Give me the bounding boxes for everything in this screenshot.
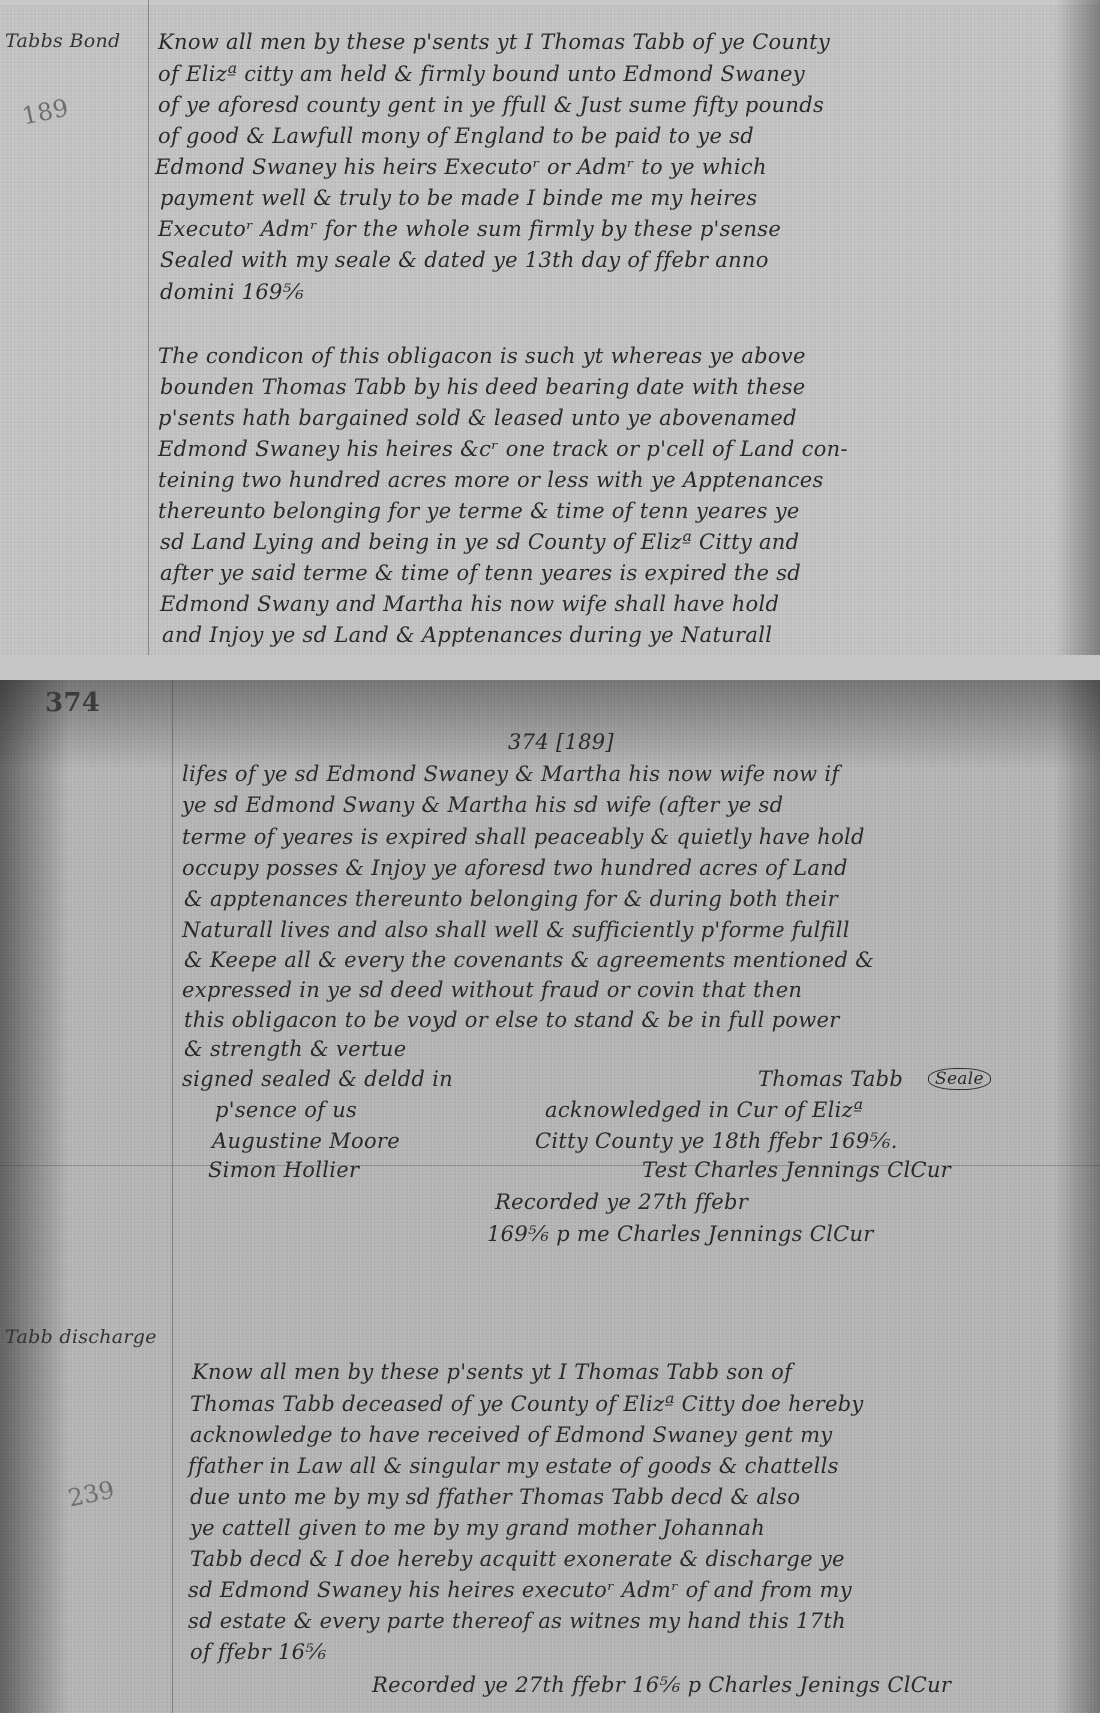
- top-page-scan: Tabbs Bond 189 Know all men by these p's…: [0, 0, 1100, 655]
- margin-rule: [148, 0, 149, 655]
- margin-note-tabb-discharge: Tabb discharge: [5, 1326, 157, 1348]
- discharge-line: of ffebr 16⁵⁄₆: [190, 1640, 327, 1664]
- continuation-line: ye sd Edmond Swany & Martha his sd wife …: [182, 793, 783, 817]
- seal-mark: Seale: [928, 1068, 991, 1090]
- bond-line: of good & Lawfull mony of England to be …: [158, 124, 754, 148]
- page-shadow: [1055, 0, 1100, 655]
- acknowledged-line: Citty County ye 18th ffebr 169⁵⁄₆.: [535, 1129, 898, 1153]
- signer-name: Thomas Tabb: [758, 1067, 903, 1091]
- discharge-line: ffather in Law all & singular my estate …: [188, 1454, 839, 1478]
- condition-line: teining two hundred acres more or less w…: [158, 468, 824, 492]
- discharge-line: acknowledge to have received of Edmond S…: [190, 1423, 832, 1447]
- scan-border: [0, 0, 1100, 5]
- condition-line: sd Land Lying and being in ye sd County …: [160, 530, 799, 554]
- continuation-line: & strength & vertue: [184, 1037, 406, 1061]
- discharge-line: Know all men by these p'sents yt I Thoma…: [192, 1360, 792, 1384]
- discharge-line: Thomas Tabb deceased of ye County of Eli…: [190, 1392, 864, 1416]
- bond-line: of Elizª citty am held & firmly bound un…: [158, 62, 805, 86]
- discharge-line: sd Edmond Swaney his heires executoʳ Adm…: [188, 1578, 852, 1602]
- pencil-folio-number: 239: [66, 1475, 118, 1512]
- bond-line: domini 169⁵⁄₆: [160, 280, 304, 304]
- stamped-page-number: 374: [45, 688, 100, 718]
- bond-line: payment well & truly to be made I binde …: [160, 186, 757, 210]
- continuation-line: this obligacon to be voyd or else to sta…: [184, 1008, 840, 1032]
- test-line: Test Charles Jennings ClCur: [642, 1158, 951, 1182]
- discharge-line: sd estate & every parte thereof as witne…: [188, 1609, 846, 1633]
- recorded-line: Recorded ye 27th ffebr: [495, 1190, 748, 1214]
- discharge-line: due unto me by my sd ffather Thomas Tabb…: [190, 1485, 800, 1509]
- condition-line: after ye said terme & time of tenn yeare…: [160, 561, 801, 585]
- bond-line: Edmond Swaney his heirs Executoʳ or Admʳ…: [155, 155, 767, 179]
- discharge-line: Tabb decd & I doe hereby acquitt exonera…: [190, 1547, 845, 1571]
- acknowledged-line: acknowledged in Cur of Elizª: [545, 1098, 863, 1122]
- continuation-line: expressed in ye sd deed without fraud or…: [182, 978, 802, 1002]
- continuation-line: terme of yeares is expired shall peaceab…: [182, 825, 865, 849]
- bond-line: Sealed with my seale & dated ye 13th day…: [160, 248, 769, 272]
- condition-line: Edmond Swaney his heires &cʳ one track o…: [158, 437, 848, 461]
- continuation-line: Naturall lives and also shall well & suf…: [182, 918, 850, 942]
- continuation-line: & Keepe all & every the covenants & agre…: [184, 948, 874, 972]
- continuation-line: occupy posses & Injoy ye aforesd two hun…: [182, 856, 848, 880]
- discharge-line: ye cattell given to me by my grand mothe…: [190, 1516, 765, 1540]
- margin-rule: [172, 680, 173, 1713]
- handwritten-page-number: 374 [189]: [508, 730, 614, 754]
- bond-line: Executoʳ Admʳ for the whole sum firmly b…: [158, 217, 781, 241]
- pencil-folio-number: 189: [20, 93, 72, 130]
- bond-line: Know all men by these p'sents yt I Thoma…: [158, 30, 830, 54]
- signed-sealed-line: signed sealed & deldd in: [182, 1067, 453, 1091]
- condition-line: The condicon of this obligacon is such y…: [158, 344, 806, 368]
- page-shadow: [0, 680, 1100, 770]
- witness-name: Augustine Moore: [212, 1129, 400, 1153]
- page-shadow: [0, 680, 70, 1713]
- condition-line: bounden Thomas Tabb by his deed bearing …: [160, 375, 806, 399]
- condition-line: p'sents hath bargained sold & leased unt…: [158, 406, 797, 430]
- bottom-page-scan: 374 374 [189] lifes of ye sd Edmond Swan…: [0, 680, 1100, 1713]
- condition-line: thereunto belonging for ye terme & time …: [158, 499, 800, 523]
- discharge-recorded-line: Recorded ye 27th ffebr 16⁵⁄₆ p Charles J…: [372, 1673, 951, 1697]
- margin-note-tabbs-bond: Tabbs Bond: [5, 30, 120, 52]
- presence-line: p'sence of us: [215, 1098, 357, 1122]
- recorded-line: 169⁵⁄₆ p me Charles Jennings ClCur: [487, 1222, 874, 1246]
- page-shadow: [1055, 680, 1100, 1713]
- continuation-line: lifes of ye sd Edmond Swaney & Martha hi…: [182, 762, 839, 786]
- condition-line: Edmond Swany and Martha his now wife sha…: [160, 592, 779, 616]
- condition-line: and Injoy ye sd Land & Apptenances durin…: [162, 623, 772, 647]
- witness-name: Simon Hollier: [208, 1158, 359, 1182]
- continuation-line: & apptenances thereunto belonging for & …: [184, 887, 838, 911]
- bond-line: of ye aforesd county gent in ye ffull & …: [158, 93, 824, 117]
